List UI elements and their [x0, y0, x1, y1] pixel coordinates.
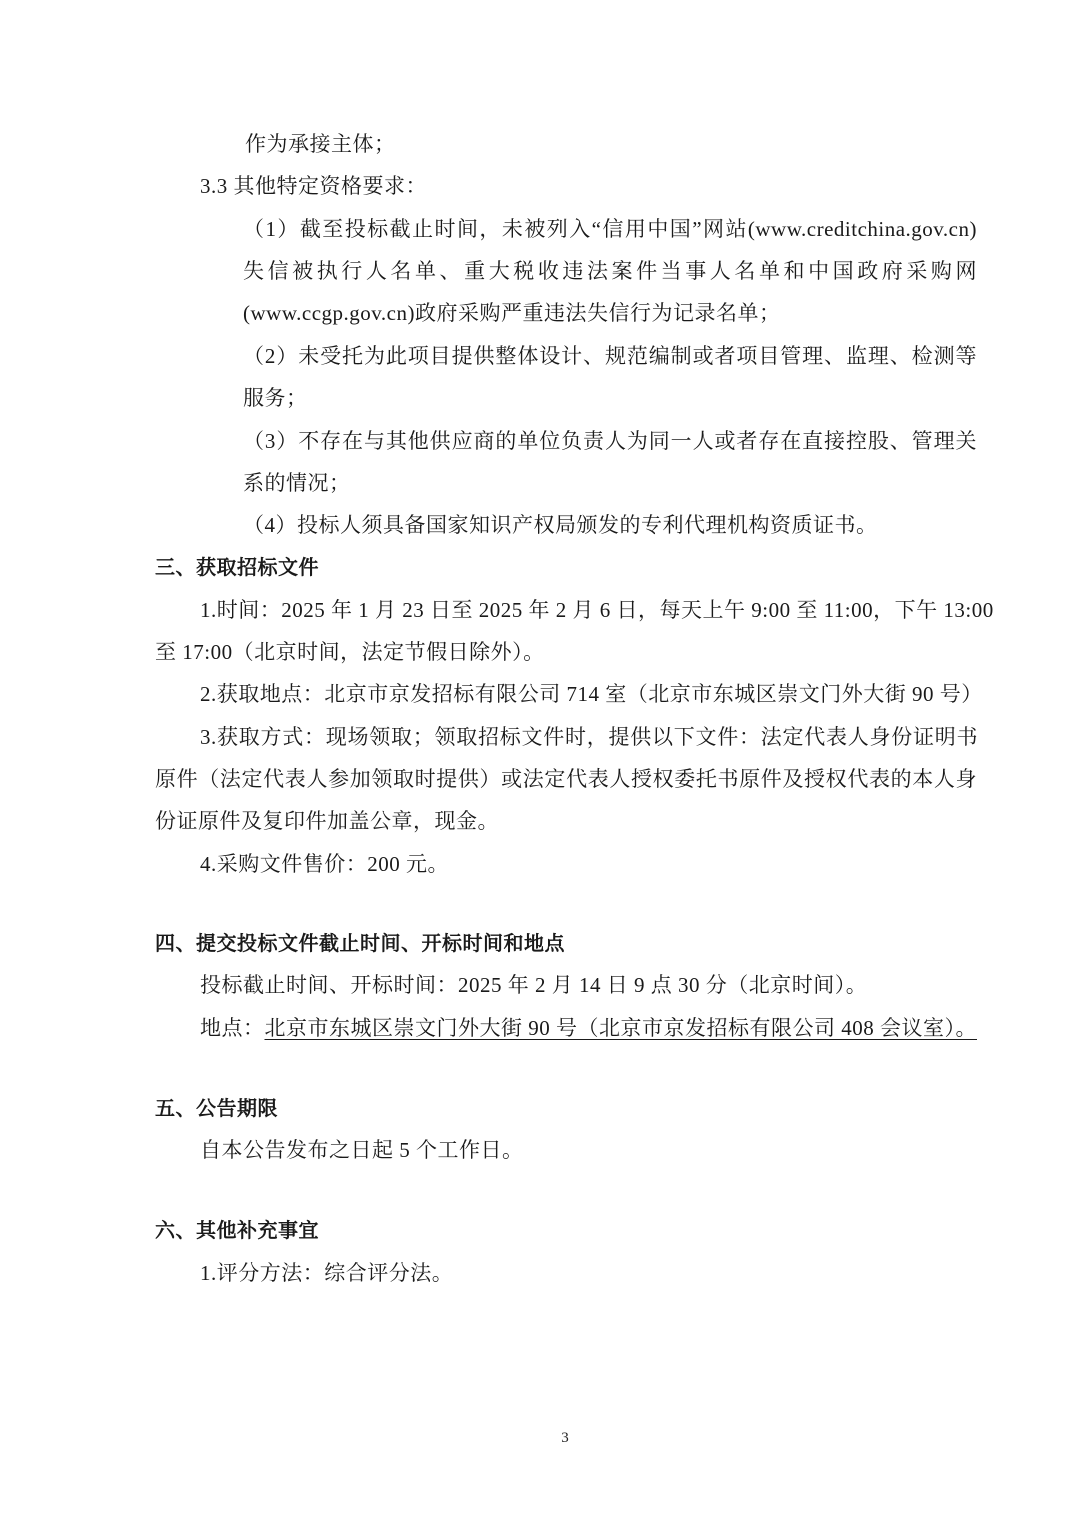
- requirement-2-line-2: 服务；: [243, 384, 308, 412]
- requirement-4: （4）投标人须具备国家知识产权局颁发的专利代理机构资质证书。: [243, 511, 878, 539]
- section4-location: 地点：北京市东城区崇文门外大街 90 号（北京市京发招标有限公司 408 会议室…: [200, 1014, 977, 1042]
- requirement-3-line-2: 系的情况；: [243, 469, 351, 497]
- requirement-3-line-1: （3）不存在与其他供应商的单位负责人为同一人或者存在直接控股、管理关: [243, 427, 977, 455]
- document-page: 作为承接主体； 3.3 其他特定资格要求： （1）截至投标截止时间，未被列入“信…: [0, 0, 1080, 1527]
- requirement-1-line-1: （1）截至投标截止时间，未被列入“信用中国”网站(www.creditchina…: [243, 215, 977, 243]
- requirement-1-line-2: 失信被执行人名单、重大税收违法案件当事人名单和中国政府采购网: [243, 257, 977, 285]
- paragraph-line: 作为承接主体；: [245, 130, 396, 158]
- page-number: 3: [0, 1430, 1080, 1447]
- section-heading-3: 三、获取招标文件: [155, 553, 319, 581]
- section3-item4: 4.采购文件售价：200 元。: [200, 850, 449, 878]
- section-heading-5: 五、公告期限: [155, 1094, 278, 1122]
- section3-item1-line-2: 至 17:00（北京时间，法定节假日除外）。: [155, 638, 545, 666]
- requirement-2-line-1: （2）未受托为此项目提供整体设计、规范编制或者项目管理、监理、检测等: [243, 342, 977, 370]
- subsection-heading-3-3: 3.3 其他特定资格要求：: [200, 172, 427, 200]
- requirement-1-line-3: (www.ccgp.gov.cn)政府采购严重违法失信行为记录名单；: [243, 299, 780, 327]
- section-heading-6: 六、其他补充事宜: [155, 1216, 319, 1244]
- section5-text: 自本公告发布之日起 5 个工作日。: [200, 1136, 524, 1164]
- section3-item2: 2.获取地点：北京市京发招标有限公司 714 室（北京市东城区崇文门外大街 90…: [200, 680, 978, 708]
- section3-item3-line-3: 份证原件及复印件加盖公章，现金。: [155, 807, 499, 835]
- location-label: 地点：: [200, 1016, 265, 1040]
- section-heading-4: 四、提交投标文件截止时间、开标时间和地点: [155, 929, 565, 957]
- section3-item3-line-2: 原件（法定代表人参加领取时提供）或法定代表人授权委托书原件及授权代表的本人身: [155, 765, 977, 793]
- location-value: 北京市东城区崇文门外大街 90 号（北京市京发招标有限公司 408 会议室）。: [265, 1016, 978, 1040]
- section4-deadline: 投标截止时间、开标时间：2025 年 2 月 14 日 9 点 30 分（北京时…: [200, 971, 867, 999]
- section3-item3-line-1: 3.获取方式：现场领取；领取招标文件时，提供以下文件：法定代表人身份证明书: [200, 723, 978, 751]
- section6-item1: 1.评分方法：综合评分法。: [200, 1259, 453, 1287]
- section3-item1-line-1: 1.时间：2025 年 1 月 23 日至 2025 年 2 月 6 日，每天上…: [200, 596, 978, 624]
